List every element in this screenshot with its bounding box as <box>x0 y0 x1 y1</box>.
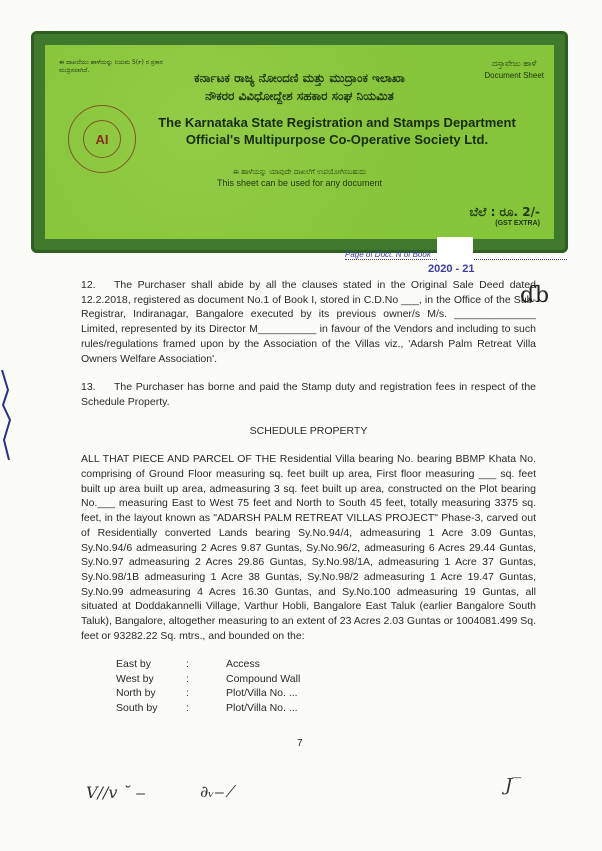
boundary-row: North by:Plot/Villa No. ... <box>116 686 300 701</box>
boundary-sep: : <box>186 686 226 701</box>
schedule-heading: SCHEDULE PROPERTY <box>81 424 536 439</box>
registration-year: 2020 - 21 <box>428 263 474 275</box>
clause-text: The Purchaser shall abide by all the cla… <box>81 279 536 365</box>
boundary-side: East by <box>116 657 186 672</box>
boundary-value: Access <box>226 657 300 672</box>
title-kannada-line1: ಕರ್ನಾಟಕ ರಾಜ್ಯ ನೋಂದಣಿ ಮತ್ತು ಮುದ್ರಾಂಕ ಇಲಾಖ… <box>45 69 554 87</box>
deed-body: 12.The Purchaser shall abide by all the … <box>81 278 536 715</box>
seal-text: AI <box>83 120 121 158</box>
boundary-side: North by <box>116 686 186 701</box>
price-value: ಬೆಲೆ : ರೂ. 2/- <box>469 205 540 220</box>
signature-icon: ∂ᵥ‒ ⁄ <box>200 782 232 801</box>
boundary-value: Compound Wall <box>226 672 300 687</box>
title-english-line1: The Karnataka State Registration and Sta… <box>120 114 554 131</box>
clause-number: 12. <box>81 278 114 293</box>
boundary-sep: : <box>186 657 226 672</box>
boundary-row: West by:Compound Wall <box>116 672 300 687</box>
schedule-description: ALL THAT PIECE AND PARCEL OF THE Residen… <box>81 452 536 643</box>
title-english-line2: Official's Multipurpose Co-Operative Soc… <box>120 131 554 148</box>
title-english: The Karnataka State Registration and Sta… <box>120 114 554 148</box>
boundary-row: East by:Access <box>116 657 300 672</box>
boundary-sep: : <box>186 672 226 687</box>
clause-text: The Purchaser has borne and paid the Sta… <box>81 381 536 408</box>
boundary-side: West by <box>116 672 186 687</box>
boundaries-table: East by:Access West by:Compound Wall Nor… <box>116 657 300 715</box>
margin-signature-icon <box>0 360 14 470</box>
boundary-value: Plot/Villa No. ... <box>226 686 300 701</box>
usage-note: ಈ ಹಾಳೆಯನ್ನು ಯಾವುದೇ ದಾಖಲೆಗೆ ಉಪಯೋಗಿಸಬಹುದು … <box>45 167 554 189</box>
price-label: ಬೆಲೆ : ರೂ. 2/- (GST EXTRA) <box>469 205 540 227</box>
clause-13: 13.The Purchaser has borne and paid the … <box>81 380 536 409</box>
redaction-box <box>437 237 473 264</box>
boundary-sep: : <box>186 701 226 716</box>
boundary-value: Plot/Villa No. ... <box>226 701 300 716</box>
page-number: 7 <box>297 738 303 749</box>
signature-icon: V//v ˘ ‒ <box>86 783 146 802</box>
document-sheet-kannada: ದಸ್ತಾವೇಜು ಹಾಳೆ <box>484 59 544 69</box>
boundary-row: South by:Plot/Villa No. ... <box>116 701 300 716</box>
title-kannada: ಕರ್ನಾಟಕ ರಾಜ್ಯ ನೋಂದಣಿ ಮತ್ತು ಮುದ್ರಾಂಕ ಇಲಾಖ… <box>45 69 554 105</box>
usage-note-kannada: ಈ ಹಾಳೆಯನ್ನು ಯಾವುದೇ ದಾಖಲೆಗೆ ಉಪಯೋಗಿಸಬಹುದು <box>45 167 554 178</box>
signature-icon: J‾ <box>505 775 521 796</box>
gst-note: (GST EXTRA) <box>469 220 540 227</box>
boundary-side: South by <box>116 701 186 716</box>
usage-note-english: This sheet can be used for any document <box>45 178 554 189</box>
clause-12: 12.The Purchaser shall abide by all the … <box>81 278 536 366</box>
clause-number: 13. <box>81 380 114 395</box>
stamp-paper-face: ಈ ದಾಖಲೆಯು ಹಾಳೆಯನ್ನು ನಿಯಮ 5(೯) ರ ಪ್ರಕಾರ ಮ… <box>45 45 554 239</box>
stamp-paper-header: ಈ ದಾಖಲೆಯು ಹಾಳೆಯನ್ನು ನಿಯಮ 5(೯) ರ ಪ್ರಕಾರ ಮ… <box>31 31 568 253</box>
title-kannada-line2: ನೌಕರರ ವಿವಿಧೋದ್ದೇಶ ಸಹಕಾರ ಸಂಘ ನಿಯಮಿತ <box>45 87 554 105</box>
